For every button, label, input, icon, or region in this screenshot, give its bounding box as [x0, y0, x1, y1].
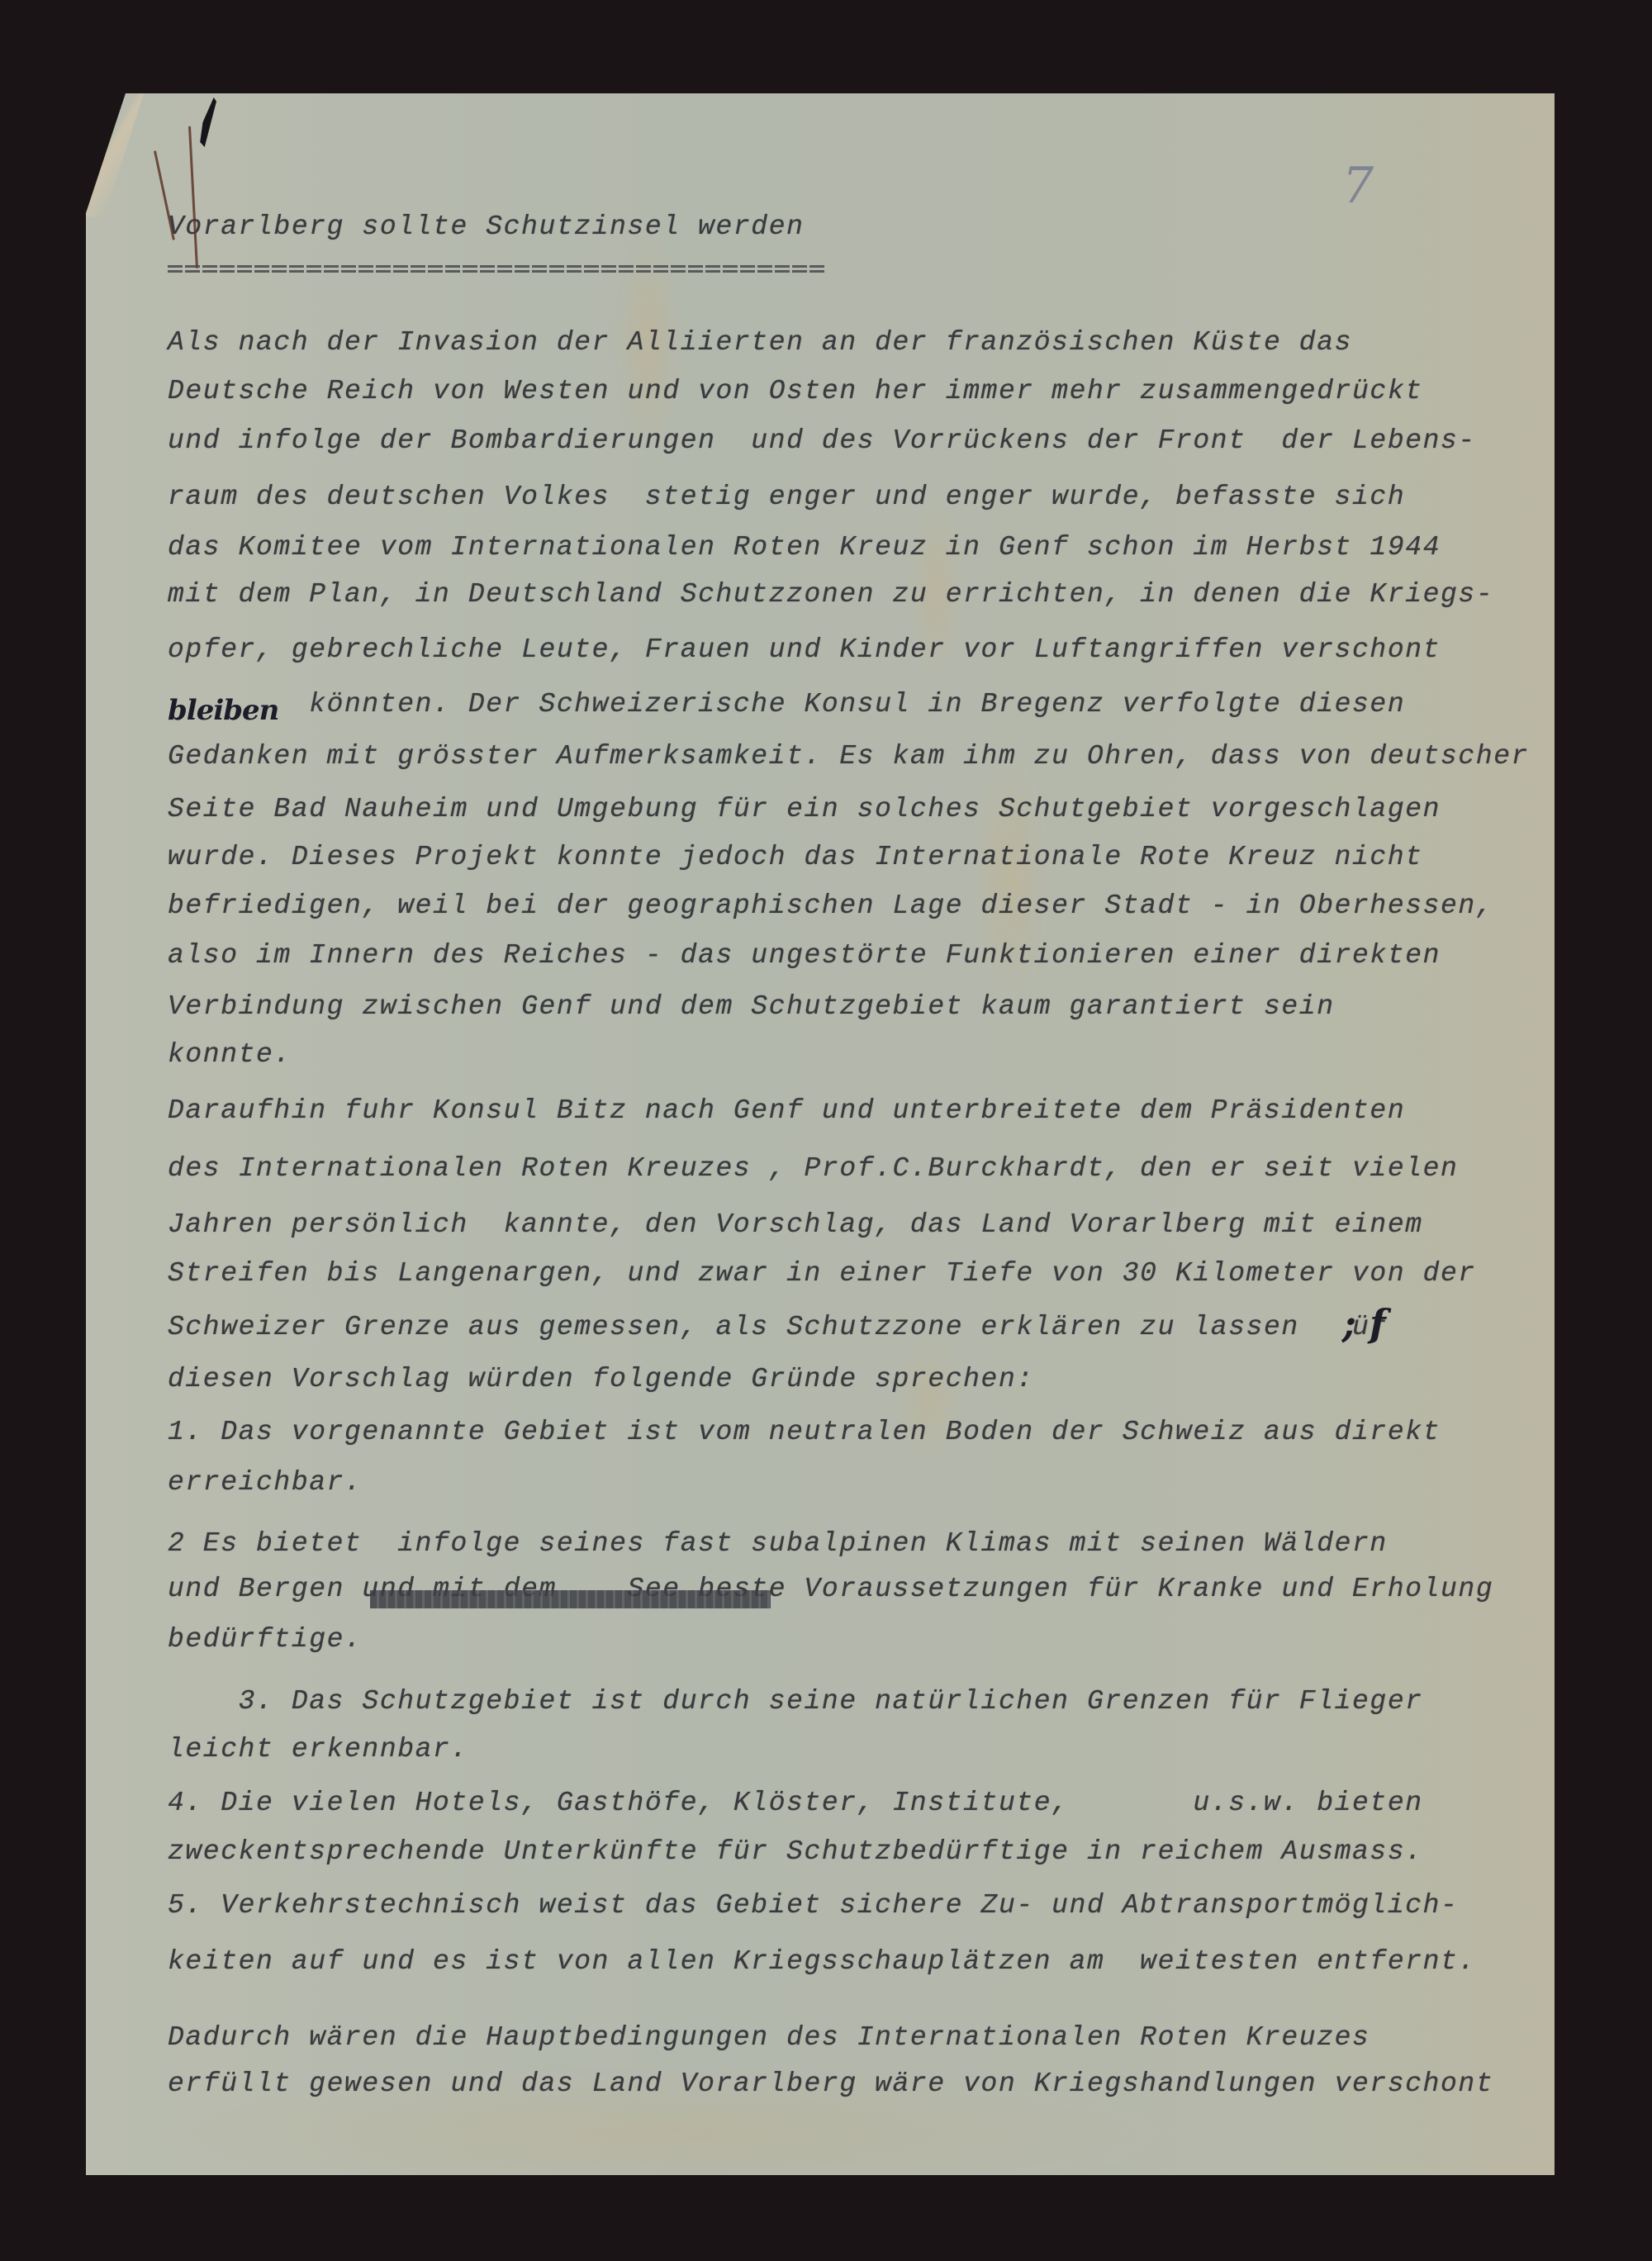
- text-line: 1. Das vorgenannte Gebiet ist vom neutra…: [168, 1417, 1441, 1447]
- text-line: bedürftige.: [168, 1624, 362, 1655]
- text-line: könnten. Der Schweizerische Konsul in Br…: [168, 689, 1405, 720]
- text-line: also im Innern des Reiches - das ungestö…: [168, 940, 1441, 971]
- text-line: 5. Verkehrstechnisch weist das Gebiet si…: [168, 1890, 1458, 1921]
- text-line: erreichbar.: [168, 1467, 362, 1498]
- text-line: Verbindung zwischen Genf und dem Schutzg…: [168, 991, 1335, 1022]
- text-line: 4. Die vielen Hotels, Gasthöfe, Klöster,…: [168, 1788, 1423, 1818]
- text-line: Schweizer Grenze aus gemessen, als Schut…: [168, 1312, 1388, 1342]
- text-line: leicht erkennbar.: [168, 1734, 468, 1765]
- text-line: und Bergen und mit dem See beste Vorauss…: [168, 1574, 1493, 1604]
- text-line: keiten auf und es ist von allen Kriegssc…: [168, 1946, 1476, 1977]
- title-double-underline: [168, 265, 824, 273]
- handwritten-insertion: bleiben: [168, 694, 278, 727]
- text-line: 2 Es bietet infolge seines fast subalpin…: [168, 1528, 1388, 1559]
- text-line: 3. Das Schutzgebiet ist durch seine natü…: [168, 1686, 1423, 1717]
- text-line: des Internationalen Roten Kreuzes , Prof…: [168, 1153, 1458, 1184]
- text-line: Dadurch wären die Hauptbedingungen des I…: [168, 2022, 1370, 2053]
- text-line: Gedanken mit grösster Aufmerksamkeit. Es…: [168, 741, 1529, 772]
- text-line: diesen Vorschlag würden folgende Gründe …: [168, 1364, 1034, 1394]
- typed-strikeout: [370, 1590, 771, 1608]
- page-number: 7: [1342, 157, 1374, 215]
- text-line: das Komitee vom Internationalen Roten Kr…: [168, 532, 1441, 563]
- text-line: mit dem Plan, in Deutschland Schutzzonen…: [168, 579, 1493, 610]
- text-line: raum des deutschen Volkes stetig enger u…: [168, 482, 1405, 512]
- text-line: zweckentsprechende Unterkünfte für Schut…: [168, 1836, 1423, 1867]
- text-line: befriedigen, weil bei der geographischen…: [168, 891, 1493, 921]
- text-line: und infolge der Bombardierungen und des …: [168, 425, 1476, 456]
- document-title: Vorarlberg sollte Schutzinsel werden: [168, 211, 805, 242]
- text-line: Daraufhin fuhr Konsul Bitz nach Genf und…: [168, 1095, 1405, 1126]
- text-line: opfer, gebrechliche Leute, Frauen und Ki…: [168, 634, 1441, 665]
- text-line: konnte.: [168, 1039, 292, 1070]
- text-line: Jahren persönlich kannte, den Vorschlag,…: [168, 1209, 1423, 1240]
- text-line: wurde. Dieses Projekt konnte jedoch das …: [168, 842, 1423, 872]
- pen-correction-mark: ; f: [1342, 1301, 1386, 1346]
- text-line: erfüllt gewesen und das Land Vorarlberg …: [168, 2069, 1493, 2099]
- text-line: Seite Bad Nauheim und Umgebung für ein s…: [168, 794, 1441, 824]
- text-line: Streifen bis Langenargen, und zwar in ei…: [168, 1258, 1476, 1289]
- text-line: Deutsche Reich von Westen und von Osten …: [168, 376, 1423, 406]
- text-line: Als nach der Invasion der Alliierten an …: [168, 327, 1352, 358]
